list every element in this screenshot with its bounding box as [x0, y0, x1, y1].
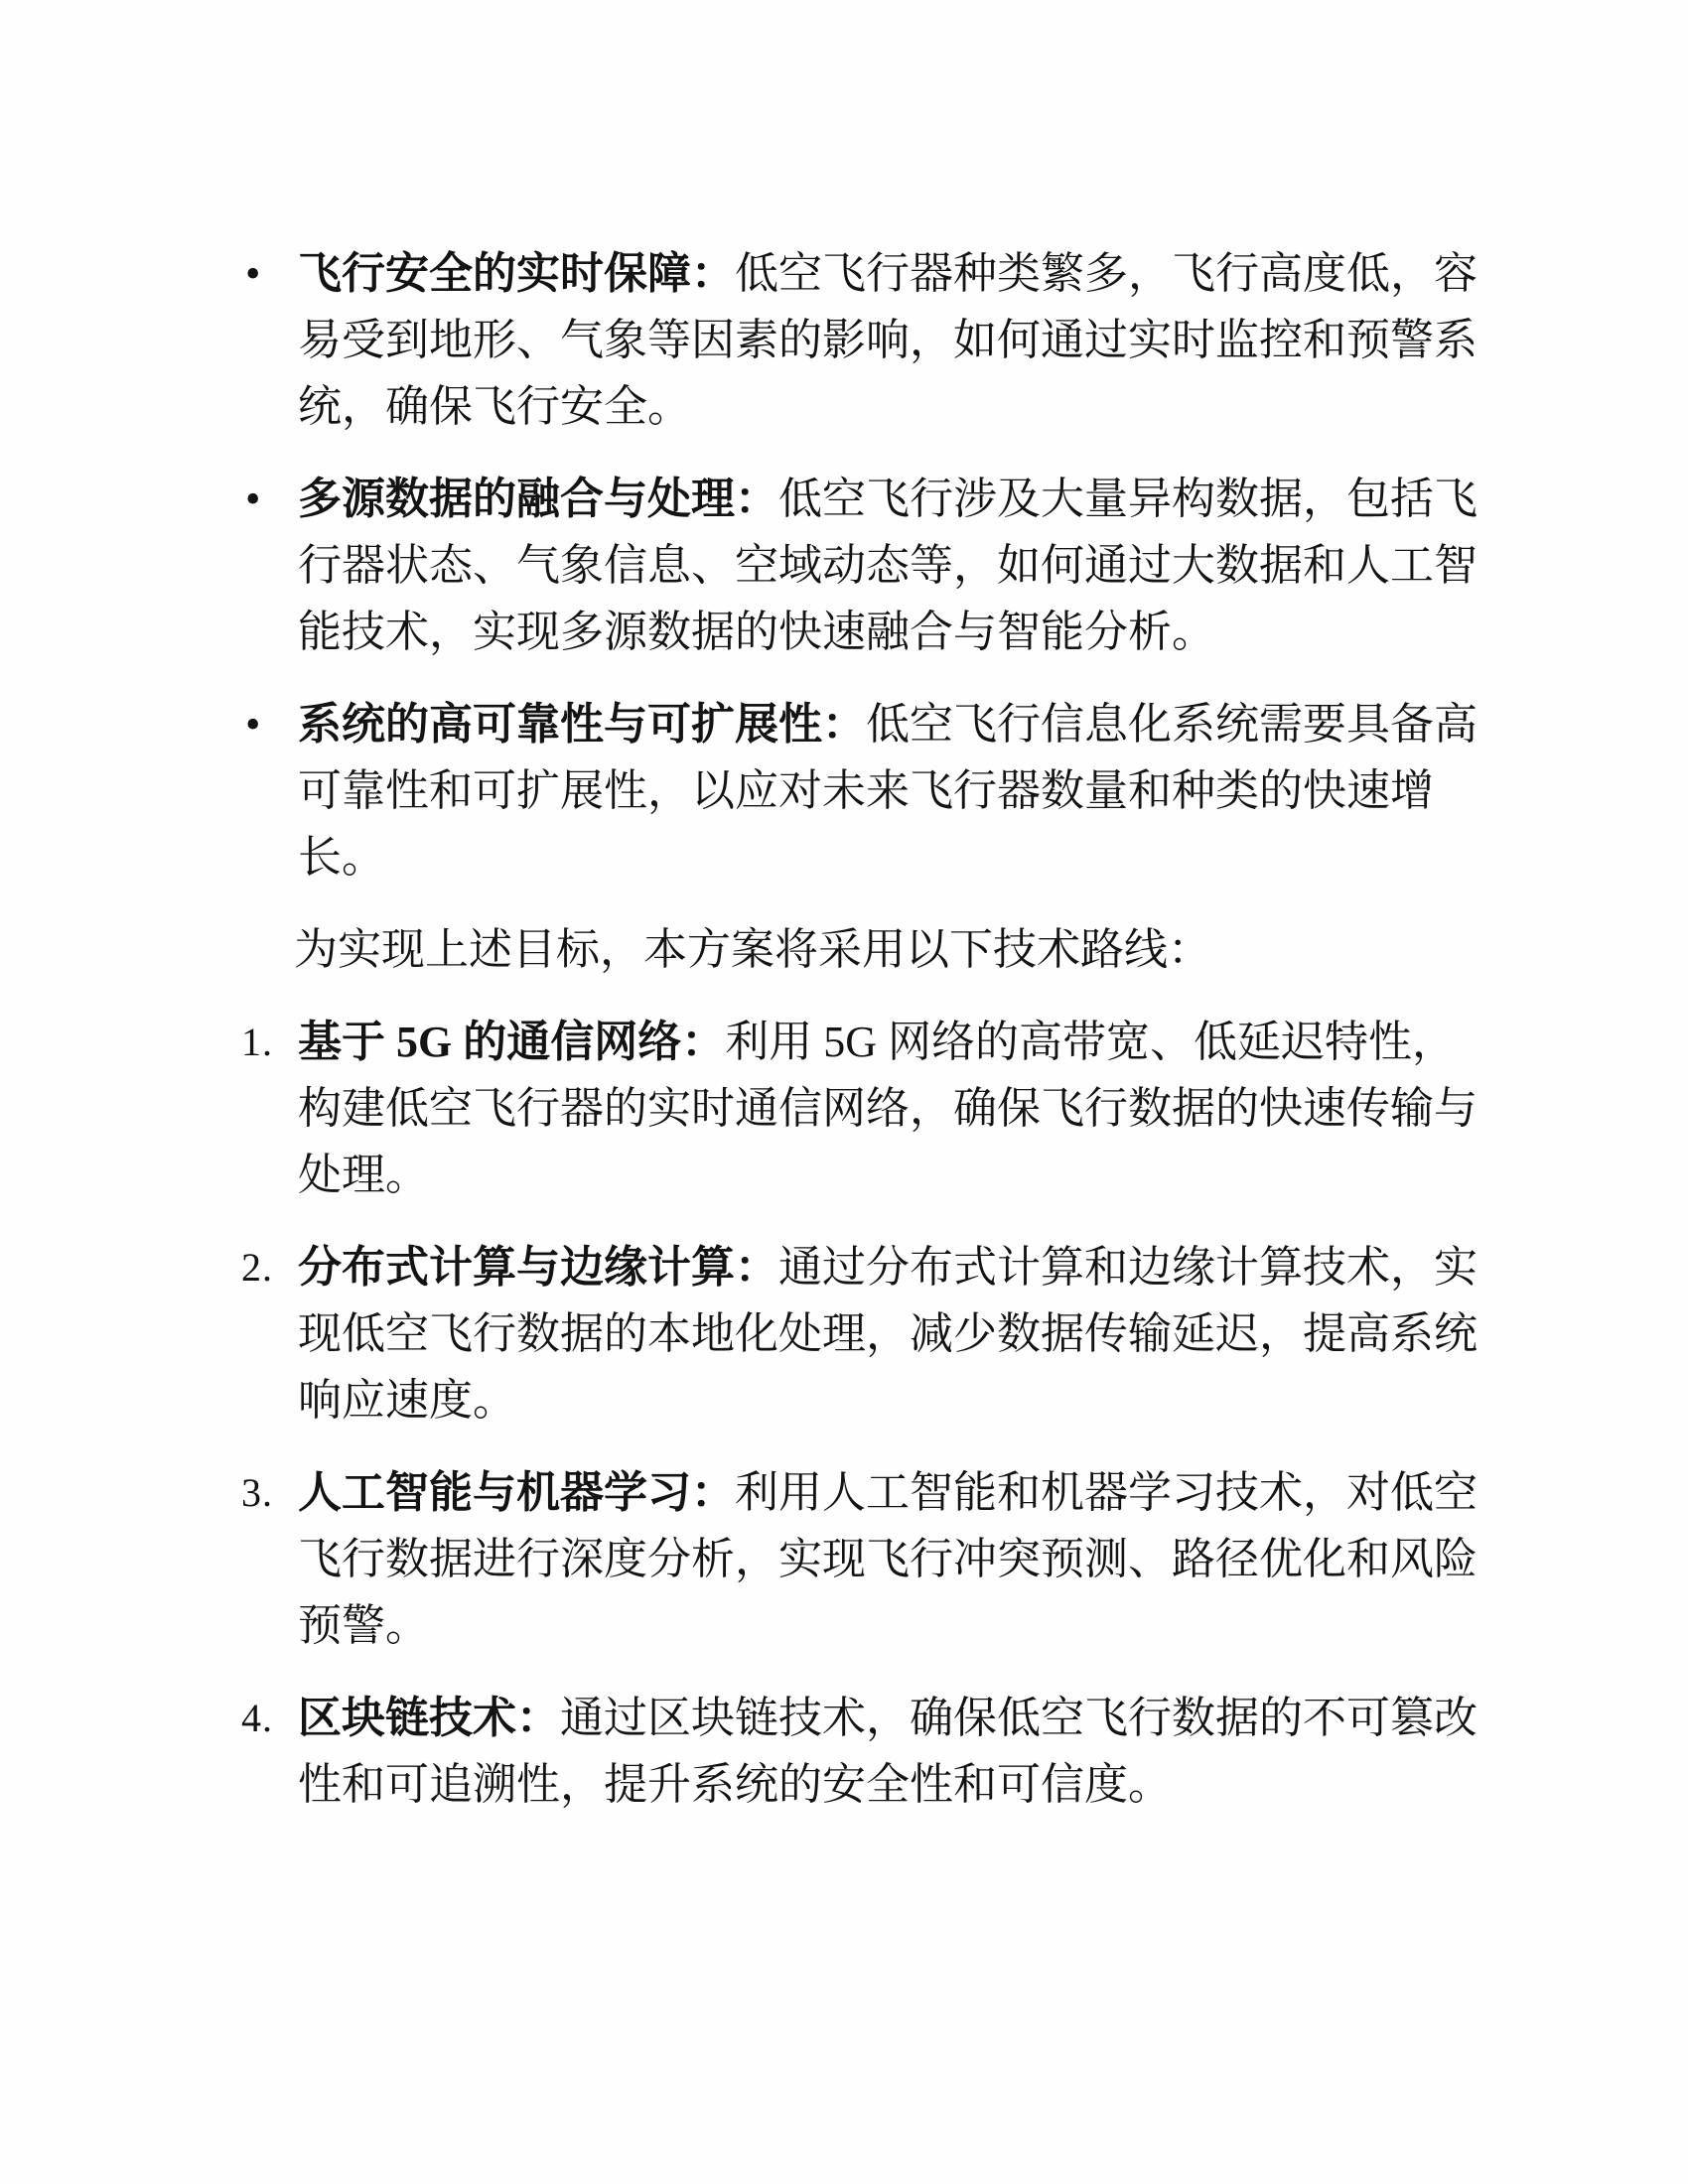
numbered-item: 3.人工智能与机器学习：利用人工智能和机器学习技术，对低空飞行数据进行深度分析，… — [298, 1459, 1489, 1659]
bullet-item-lead: 系统的高可靠性与可扩展性： — [298, 700, 866, 749]
bullet-list: •飞行安全的实时保障：低空飞行器种类繁多，飞行高度低，容易受到地形、气象等因素的… — [298, 240, 1489, 890]
numbered-item-lead: 基于 5G 的通信网络： — [298, 1018, 725, 1066]
bullet-item: •飞行安全的实时保障：低空飞行器种类繁多，飞行高度低，容易受到地形、气象等因素的… — [298, 240, 1489, 440]
document-content: •飞行安全的实时保障：低空飞行器种类繁多，飞行高度低，容易受到地形、气象等因素的… — [298, 240, 1489, 1843]
document-page: •飞行安全的实时保障：低空飞行器种类繁多，飞行高度低，容易受到地形、气象等因素的… — [0, 0, 1688, 2184]
numbered-item-lead: 分布式计算与边缘计算： — [298, 1243, 778, 1292]
bullet-icon: • — [245, 691, 260, 757]
list-number: 3. — [241, 1459, 295, 1526]
bullet-item-lead: 飞行安全的实时保障： — [298, 249, 735, 298]
numbered-item: 4.区块链技术：通过区块链技术，确保低空飞行数据的不可篡改性和可追溯性，提升系统… — [298, 1685, 1489, 1818]
numbered-item-lead: 人工智能与机器学习： — [298, 1468, 735, 1517]
bullet-item-lead: 多源数据的融合与处理： — [298, 475, 778, 523]
numbered-list: 1.基于 5G 的通信网络：利用 5G 网络的高带宽、低延迟特性，构建低空飞行器… — [298, 1009, 1489, 1818]
intro-paragraph: 为实现上述目标，本方案将采用以下技术路线： — [294, 916, 1489, 983]
numbered-item: 2.分布式计算与边缘计算：通过分布式计算和边缘计算技术，实现低空飞行数据的本地化… — [298, 1234, 1489, 1433]
bullet-item: •多源数据的融合与处理：低空飞行涉及大量异构数据，包括飞行器状态、气象信息、空域… — [298, 466, 1489, 665]
numbered-item: 1.基于 5G 的通信网络：利用 5G 网络的高带宽、低延迟特性，构建低空飞行器… — [298, 1009, 1489, 1208]
list-number: 2. — [241, 1234, 295, 1300]
bullet-icon: • — [245, 466, 260, 532]
numbered-item-lead: 区块链技术： — [298, 1694, 560, 1742]
bullet-icon: • — [245, 240, 260, 307]
list-number: 4. — [241, 1685, 295, 1751]
list-number: 1. — [241, 1009, 295, 1075]
bullet-item: •系统的高可靠性与可扩展性：低空飞行信息化系统需要具备高可靠性和可扩展性，以应对… — [298, 691, 1489, 890]
